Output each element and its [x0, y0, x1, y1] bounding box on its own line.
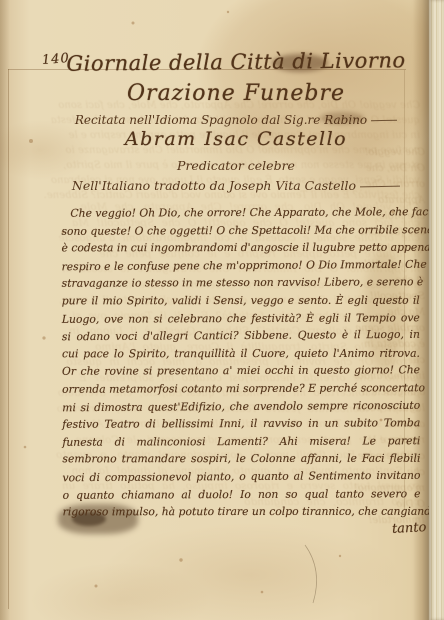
manuscript-line: Che veggio! Oh Dio, che orrore! Che Appa… [61, 203, 419, 222]
oration-body: Che veggio! Oh Dio, che orrore! Che Appa… [61, 203, 420, 521]
translation-text: Nell'Italiano tradotto da Joseph Vita Ca… [72, 178, 356, 193]
manuscript-line: mi si dimostra quest'Edifizio, che avend… [62, 396, 420, 416]
recited-line: Recitata nell'Idioma Spagnolo dal Sig.re… [50, 113, 422, 127]
flourish-stroke [371, 120, 397, 121]
oration-title: Orazione Funebre [50, 81, 422, 106]
page-fold-shadow [413, 0, 429, 620]
recited-text: Recitata nell'Idioma Spagnolo dal Sig.re… [75, 113, 367, 127]
manuscript-line: festivo Teatro di bellissimi Inni, il ra… [62, 414, 420, 433]
author-name: Abram Isac Castello [50, 128, 422, 150]
manuscript-line: funesta di malinconiosi Lamenti? Ahi mis… [62, 432, 420, 451]
manuscript-line: sembrono tramandare sospiri, le Colonne … [62, 450, 420, 468]
author-epithet: Predicator celebre [50, 158, 422, 173]
manuscript-line: Or che rovine si presentano a' miei occh… [62, 362, 420, 381]
gutter-shadow [0, 0, 10, 620]
manuscript-line: si odano voci d'allegri Cantici? Sibbene… [62, 326, 420, 346]
manuscript-line: cui pace lo Spirito, tranquillità il Cuo… [62, 344, 420, 362]
manuscript-line: orrenda metamorfosi cotanto mi sorprende… [62, 379, 420, 398]
manuscript-line: Luogo, ove non si celebrano che festivit… [62, 309, 420, 328]
manuscript-line: respiro e le confuse pene che m'opprimon… [62, 256, 420, 276]
book-fore-edge [429, 0, 444, 620]
manuscript-line: o quanto chiamano al duolo! Io non so qu… [63, 485, 421, 504]
manuscript-line: pure il mio Spirito, validi i Sensi, veg… [62, 292, 420, 310]
hairline-mark [305, 545, 317, 603]
manuscript-line: è codesta in cui ingombrandomi d'angosci… [61, 239, 419, 257]
manuscript-line: rigoroso impulso, hà potuto tirare un co… [63, 503, 421, 521]
manuscript-line: sono queste! O che oggetti! O che Spetta… [61, 221, 419, 240]
manuscript-line: stravaganze io stesso in me stesso non r… [62, 274, 420, 293]
translation-line: Nell'Italiano tradotto da Joseph Vita Ca… [50, 178, 422, 193]
manuscript-scan: Che veggio! Oh Dio, che orrore! Che Appa… [0, 0, 444, 620]
manuscript-line: voci di compassionevol pianto, o quanto … [62, 467, 420, 487]
journal-title: Giornale della Città di Livorno [50, 48, 422, 76]
flourish-stroke [360, 186, 400, 188]
